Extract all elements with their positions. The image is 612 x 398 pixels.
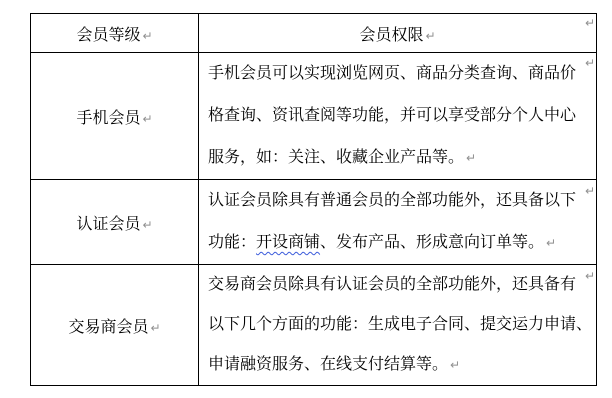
row-end-paragraph-mark: ↵: [585, 184, 595, 198]
paragraph-mark-icon: ↵: [142, 218, 152, 232]
row-end-paragraph-mark: ↵: [585, 56, 595, 70]
text-line-content: 功能：: [208, 234, 256, 251]
level-cell: 认证会员↵: [31, 180, 199, 265]
permission-cell: 手机会员可以实现浏览网页、商品分类查询、商品价 格查询、资讯查阅等功能，并可以享…: [199, 53, 597, 180]
membership-table: 会员等级↵ 会员权限↵ 手机会员↵ 手机会员可以实现浏览网页、商品分类查询、商品…: [30, 13, 597, 386]
text-line-content: 申请融资服务、在线支付结算等。: [208, 356, 448, 373]
text-line: 格查询、资讯查阅等功能，并可以享受部分个人中心: [208, 95, 592, 137]
level-label: 认证会员: [76, 216, 140, 233]
text-line: 以下几个方面的功能：生成电子合同、提交运力申请、: [208, 305, 592, 345]
table-header-row: 会员等级↵ 会员权限↵: [31, 14, 597, 53]
header-level-label: 会员等级: [76, 27, 140, 44]
text-line: 服务，如：关注、收藏企业产品等。↵: [208, 137, 592, 179]
row-end-paragraph-mark: ↵: [585, 16, 595, 30]
table-row-mobile-member: 手机会员↵ 手机会员可以实现浏览网页、商品分类查询、商品价 格查询、资讯查阅等功…: [31, 53, 597, 180]
level-label: 手机会员: [76, 110, 140, 127]
level-cell: 手机会员↵: [31, 53, 199, 180]
text-line: 交易商会员除具有认证会员的全部功能外，还具备有: [208, 265, 592, 305]
table-row-trader-member: 交易商会员↵ 交易商会员除具有认证会员的全部功能外，还具备有 以下几个方面的功能…: [31, 265, 597, 386]
paragraph-mark-icon: ↵: [150, 321, 160, 335]
level-label: 交易商会员: [68, 319, 148, 336]
paragraph-mark-icon: ↵: [466, 151, 476, 165]
row-end-paragraph-mark: ↵: [585, 269, 595, 283]
paragraph-mark-icon: ↵: [450, 358, 460, 372]
text-line-content: 服务，如：关注、收藏企业产品等。: [208, 149, 464, 166]
header-permission-label: 会员权限: [359, 27, 423, 44]
text-line: 功能：开设商铺、发布产品、形成意向订单等。↵: [208, 222, 592, 264]
text-line: 申请融资服务、在线支付结算等。↵: [208, 345, 592, 385]
paragraph-mark-icon: ↵: [142, 29, 152, 43]
paragraph-mark-icon: ↵: [425, 29, 435, 43]
header-cell-level: 会员等级↵: [31, 14, 199, 53]
table-row-certified-member: 认证会员↵ 认证会员除具有普通会员的全部功能外，还具备以下 功能：开设商铺、发布…: [31, 180, 597, 265]
permission-cell: 认证会员除具有普通会员的全部功能外，还具备以下 功能：开设商铺、发布产品、形成意…: [199, 180, 597, 265]
document-page: { "page": { "background": "#ffffff" }, "…: [0, 0, 612, 398]
permission-cell: 交易商会员除具有认证会员的全部功能外，还具备有 以下几个方面的功能：生成电子合同…: [199, 265, 597, 386]
text-line-content: 、发布产品、形成意向订单等。: [320, 234, 544, 251]
paragraph-mark-icon: ↵: [142, 112, 152, 126]
level-cell: 交易商会员↵: [31, 265, 199, 386]
paragraph-mark-icon: ↵: [546, 236, 556, 250]
header-cell-permission: 会员权限↵: [199, 14, 597, 53]
spellcheck-underlined-text: 开设商铺: [256, 234, 320, 251]
text-line: 手机会员可以实现浏览网页、商品分类查询、商品价: [208, 53, 592, 95]
text-line: 认证会员除具有普通会员的全部功能外，还具备以下: [208, 180, 592, 222]
